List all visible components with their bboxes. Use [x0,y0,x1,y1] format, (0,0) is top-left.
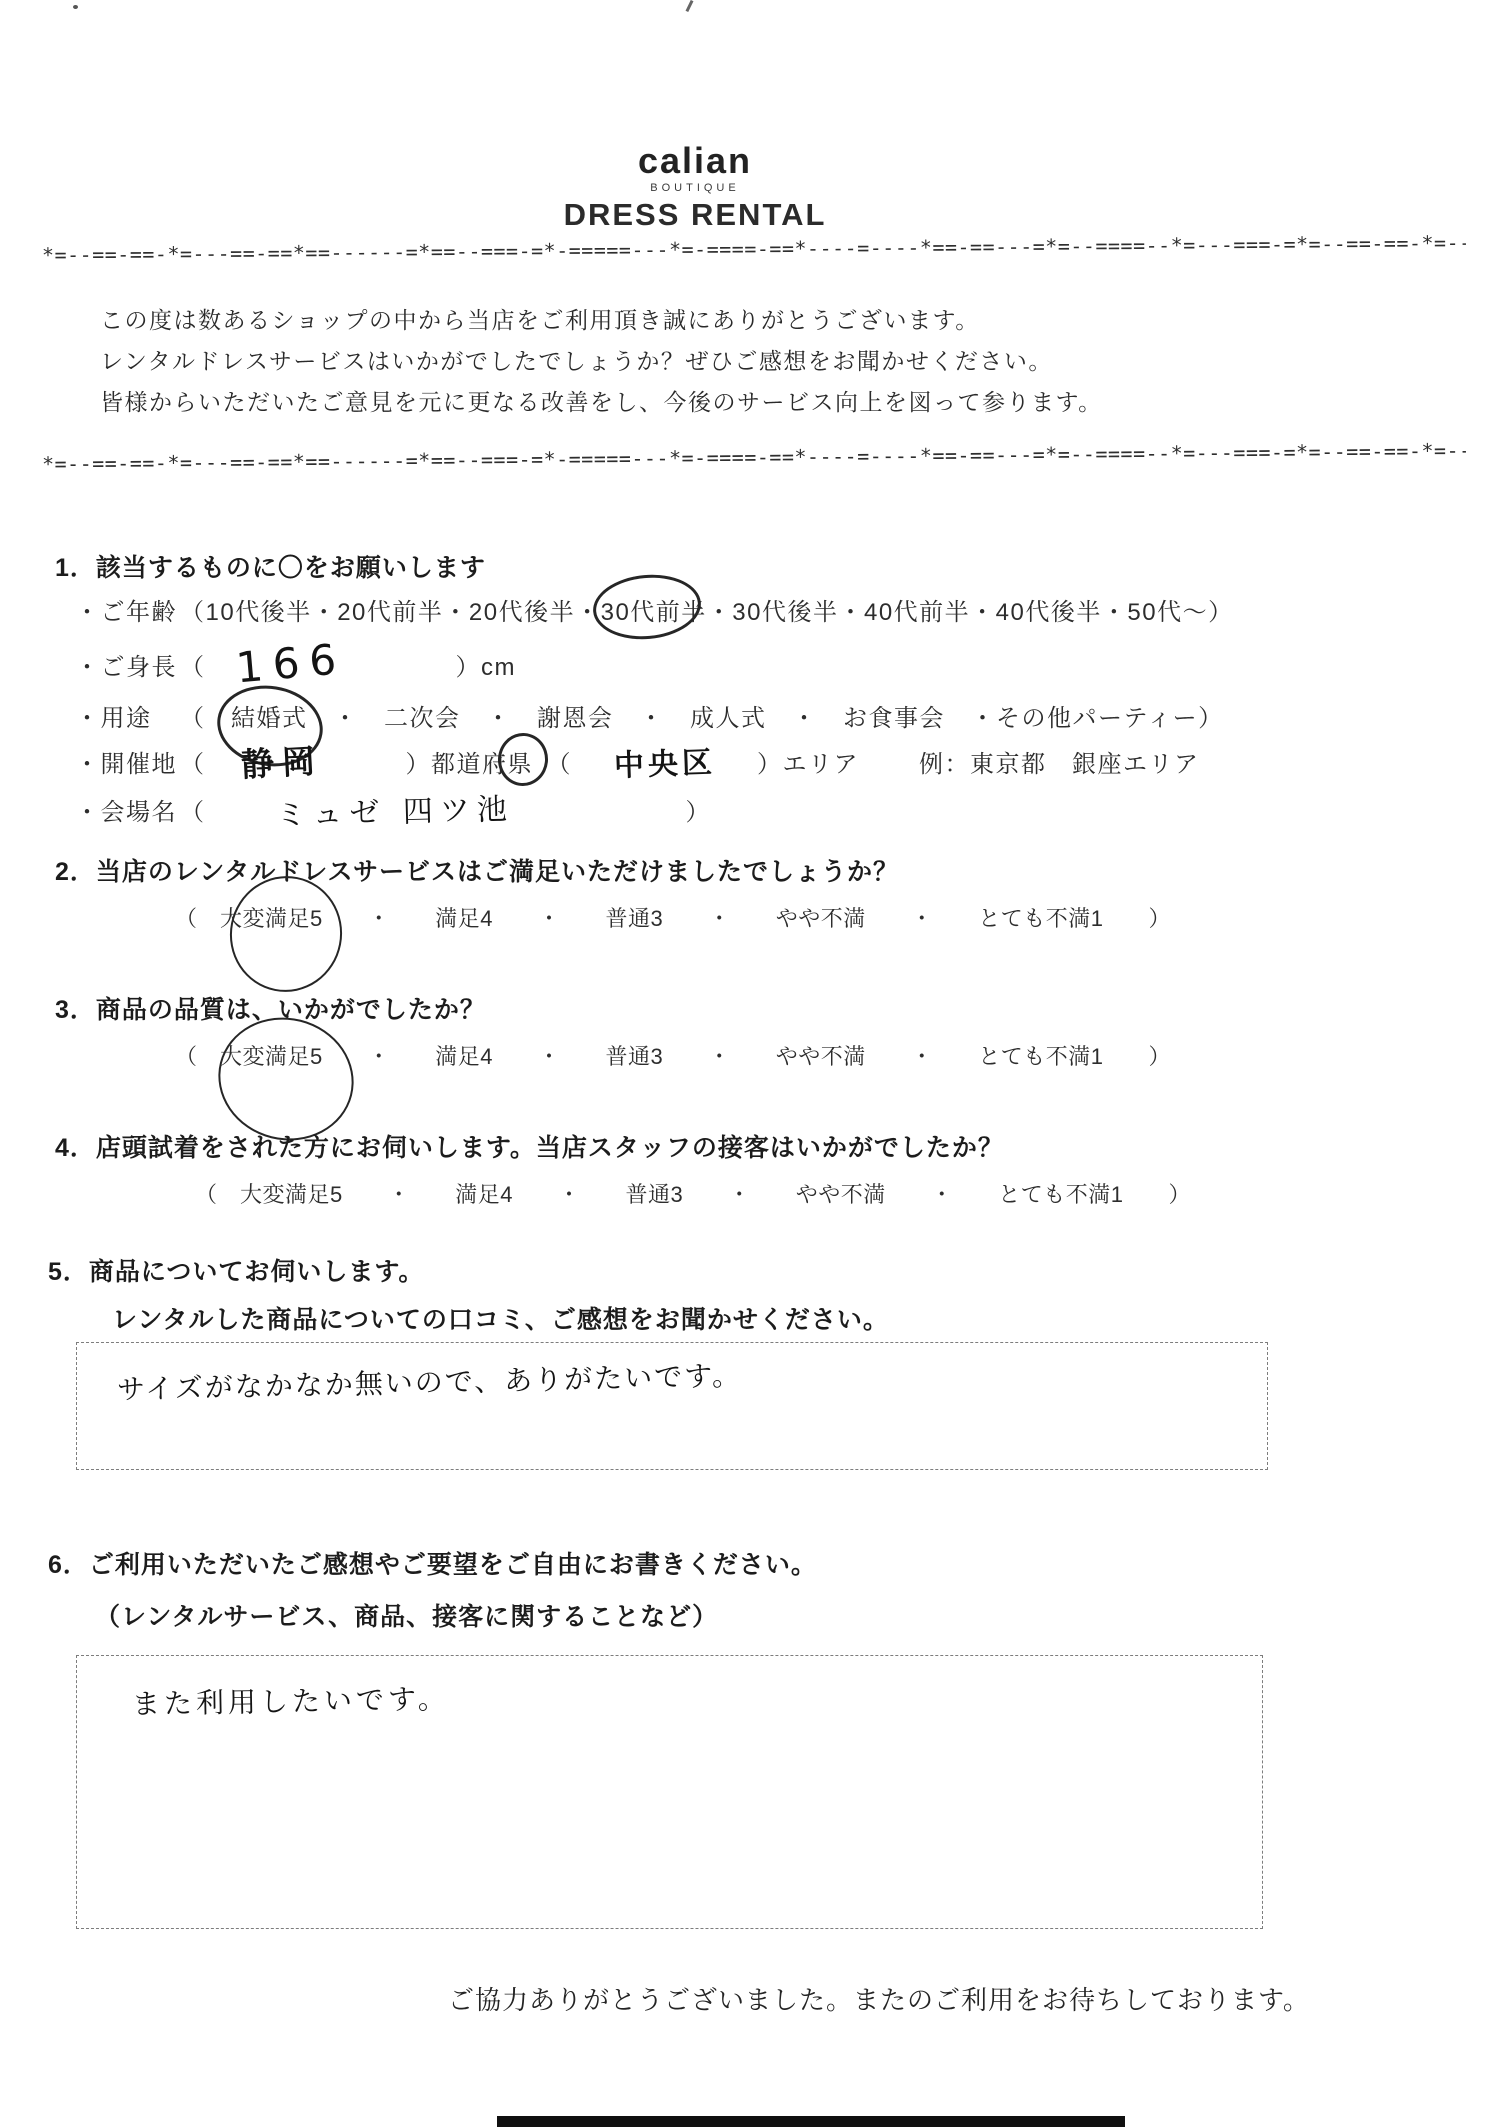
q1-hall-row: ・会場名（ミュゼ 四ツ池） [75,792,711,827]
scan-artifact-mark [686,0,694,12]
intro-line-1: この度は数あるショップの中から当店をご利用頂き誠にありがとうございます。 [100,300,1103,341]
venue-paren-open: （ [180,751,206,778]
q3-selected-option: 大変満足5 [220,1040,323,1071]
q6-handwritten-answer: また利用したいです。 [132,1685,450,1719]
q1-age-row: ・ご年齢（10代後半・20代前半・20代後半・30代前半・30代後半・40代前半… [75,592,1234,627]
age-options-before: （10代後半・20代前半・20代後半・ [180,599,601,626]
purpose-selected-option: 結婚式 [231,698,308,733]
height-label: ・ご身長 [75,647,180,682]
separator-line-top: *=--==-==-*=---==-==*==------=*==--===-=… [42,231,1466,267]
q3-options-after: ・ 満足4 ・ 普通3 ・ やや不満 ・ とても不満1 ） [323,1044,1171,1069]
intro-line-2: レンタルドレスサービスはいかがでしたでしょうか？ぜひご感想をお聞かせください。 [100,341,1103,382]
hall-paren-open: （ [180,799,206,826]
question6-subtitle: （レンタルサービス、商品、接客に関することなど） [95,1597,718,1633]
hall-label: ・会場名 [75,792,180,827]
height-paren-close: ）cm [456,654,517,681]
q2-options-after: ・ 満足4 ・ 普通3 ・ やや不満 ・ とても不満1 ） [323,906,1171,931]
q2-circled-text: 大変満足5 [220,906,323,931]
q5-answer-box: サイズがなかなか無いので、ありがたいです。 [76,1342,1268,1470]
venue-circled-text: 県 [508,751,534,778]
venue-handwritten-prefecture: 静岡 [205,744,324,783]
question3-title: 3．商品の品質は、いかがでしたか？ [55,990,486,1026]
hall-value-slot: ミュゼ 四ツ池 [206,796,686,827]
question4-title: 4．店頭試着をされた方にお伺いします。当店スタッフの接客はいかがでしたか？ [55,1128,1004,1164]
q5-handwritten-answer: サイズがなかなか無いので、ありがたいです。 [117,1362,742,1404]
q6-answer-box: また利用したいです。 [76,1655,1263,1929]
height-handwritten-value: 166 [204,638,347,692]
q1-height-row: ・ご身長（166）cm [75,640,516,682]
separator-line-bottom: *=--==-==-*=---==-==*==------=*==--===-=… [42,438,1466,476]
q2-selected-option: 大変満足5 [220,902,323,933]
question2-title: 2．当店のレンタルドレスサービスはご満足いただけましたでしょうか？ [55,852,899,888]
hall-paren-close: ） [686,799,712,826]
age-selected-option: 30代前 [601,592,682,627]
brand-logo: calian [0,140,1390,182]
venue-prefecture-slot: 静岡 [206,744,406,779]
intro-line-3: 皆様からいただいたご意見を元に更なる改善をし、今後のサービス向上を図って参ります… [100,382,1103,423]
q3-options-row: （ 大変満足5 ・ 満足4 ・ 普通3 ・ やや不満 ・ とても不満1 ） [175,1040,1171,1071]
venue-example-text: 例：東京都 銀座エリア [919,751,1200,778]
age-circled-text: 30代前 [601,599,682,626]
purpose-circled-text: 結婚式 [231,705,308,732]
q4-options-row: （ 大変満足5 ・ 満足4 ・ 普通3 ・ やや不満 ・ とても不満1 ） [195,1178,1191,1209]
question1-title: 1．該当するものに〇をお願いします [55,548,486,584]
purpose-label: ・用途 [75,698,180,733]
height-paren-open: （ [180,654,206,681]
q2-options-row: （ 大変満足5 ・ 満足4 ・ 普通3 ・ やや不満 ・ とても不満1 ） [175,902,1171,933]
q4-options-text: （ 大変満足5 ・ 満足4 ・ 普通3 ・ やや不満 ・ とても不満1 ） [195,1182,1191,1207]
q3-circled-text: 大変満足5 [220,1044,323,1069]
q2-options-before: （ [175,906,220,931]
purpose-paren-open: （ [180,705,231,732]
venue-area-slot: 中央区 [572,748,757,779]
document-title: DRESS RENTAL [0,197,1390,233]
closing-message: ご協力ありがとうございました。またのご利用をお待ちしております。 [448,1980,1310,2017]
venue-label: ・開催地 [75,744,180,779]
question6-title: 6．ご利用いただいたご感想やご要望をご自由にお書きください。 [48,1545,817,1581]
venue-handwritten-area: 中央区 [613,748,716,782]
question5-subtitle: レンタルした商品についての口コミ、ご感想をお聞かせください。 [112,1300,889,1336]
question5-title: 5．商品についてお伺いします。 [48,1252,424,1288]
height-value-slot: 166 [206,640,456,682]
purpose-options-after: ・ 二次会 ・ 謝恩会 ・ 成人式 ・ お食事会 ・その他パーティー） [308,705,1224,732]
age-options-after: 半・30代後半・40代前半・40代後半・50代～） [681,599,1233,626]
intro-paragraph: この度は数あるショップの中から当店をご利用頂き誠にありがとうございます。 レンタ… [100,300,1103,423]
hall-handwritten-value: ミュゼ 四ツ池 [205,795,514,833]
brand-logo-subtitle: BOUTIQUE [0,182,1390,194]
scan-artifact-dot [73,5,78,9]
venue-paren-close: ）エリア [757,751,859,778]
age-label: ・ご年齢 [75,592,180,627]
scanned-survey-page: calian BOUTIQUE DRESS RENTAL *=--==-==-*… [0,0,1500,2127]
q3-options-before: （ [175,1044,220,1069]
venue-mid-text: ）都道府 [406,751,508,778]
brand-header: calian BOUTIQUE DRESS RENTAL [0,140,1390,233]
q1-venue-row: ・開催地（静岡）都道府県 （中央区）エリア例：東京都 銀座エリア [75,744,1200,779]
venue-paren-open-2: （ [533,751,572,778]
scan-bottom-bar [497,2116,1125,2127]
q1-purpose-row: ・用途（ 結婚式 ・ 二次会 ・ 謝恩会 ・ 成人式 ・ お食事会 ・その他パー… [75,698,1224,733]
venue-circled-suffix: 県 [508,744,534,779]
